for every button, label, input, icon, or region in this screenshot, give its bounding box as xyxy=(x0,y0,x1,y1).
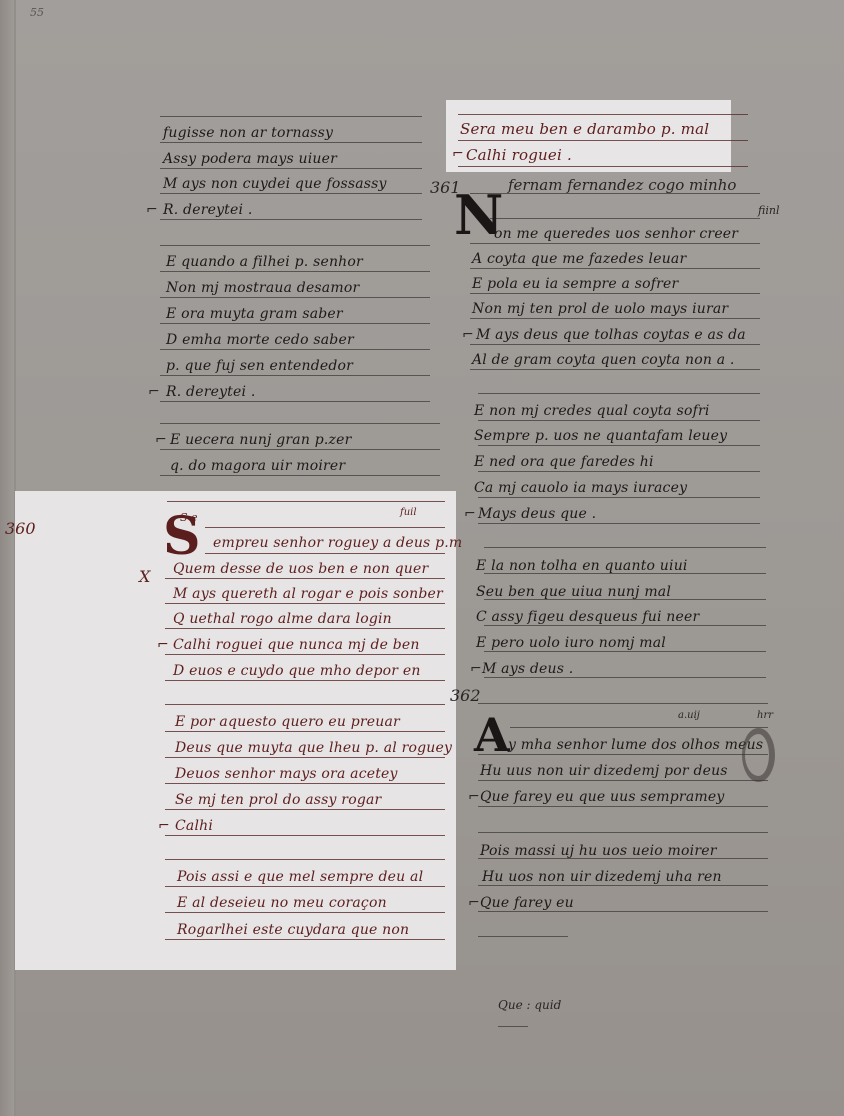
verse-line: E pero uolo iuro nomj mal xyxy=(476,635,666,651)
verse-line: Deus que muyta que lheu p. al roguey xyxy=(175,740,452,756)
verse-line: Ca mj cauolo ia mays iuracey xyxy=(474,480,687,496)
verse-line: Pois assi e que mel sempre deu al xyxy=(177,869,423,885)
verse-line: y mha senhor lume dos olhos meus xyxy=(508,737,763,753)
verse-line: fugisse non ar tornassy xyxy=(163,125,333,141)
small-note: a.uij xyxy=(678,710,700,721)
verse-line: Se mj ten prol do assy rogar xyxy=(175,792,381,808)
verse-line: Quem desse de uos ben e non quer xyxy=(173,561,428,577)
top-right-note: fuil xyxy=(400,507,417,518)
initial-s: S xyxy=(163,511,201,563)
poem-number-362: 362 xyxy=(450,686,481,705)
verse-line: Non mj ten prol de uolo mays iurar xyxy=(472,301,728,317)
verse-line: E al deseieu no meu coraçon xyxy=(177,895,387,911)
verse-line: E non mj credes qual coyta sofri xyxy=(474,403,710,419)
verse-line: p. que fuj sen entendedor xyxy=(166,358,353,374)
verse-line-refrain: R. dereytei . xyxy=(163,202,252,218)
verse-line: Assy podera mays uiuer xyxy=(163,151,337,167)
author-attribution: fernam fernandez cogo minho xyxy=(508,176,736,194)
verse-line: q. do magora uir moirer xyxy=(170,458,345,474)
verse-line: Rogarlhei este cuydara que non xyxy=(177,922,409,938)
verse-line-refrain: M ays deus . xyxy=(482,661,573,677)
verse-line: E por aquesto quero eu preuar xyxy=(175,714,400,730)
verse-line-refrain: Que farey eu que uus sempramey xyxy=(480,789,724,805)
verse-line: E la non tolha en quanto uiui xyxy=(476,558,688,574)
verse-line-refrain: M ays deus que tolhas coytas e as da xyxy=(476,327,746,343)
verse-line: D emha morte cedo saber xyxy=(166,332,354,348)
verse-line: D euos e cuydo que mho depor en xyxy=(173,663,421,679)
verse-line: Pois massi uj hu uos ueio moirer xyxy=(480,843,717,859)
manuscript-page: 55 360 S e fuil S X empreu senhor roguey… xyxy=(0,0,844,1116)
verse-line: empreu senhor roguey a deus p.m xyxy=(213,535,462,551)
verse-line: Sera meu ben e darambo p. mal xyxy=(460,120,709,138)
margin-x-mark: X xyxy=(139,567,150,586)
verse-line: E uecera nunj gran p.zer xyxy=(170,432,351,448)
verse-line: E quando a filhei p. senhor xyxy=(166,254,363,270)
poem-number-360: 360 xyxy=(5,519,36,538)
verse-line: E ned ora que faredes hi xyxy=(474,454,654,470)
ink-stain xyxy=(742,728,775,782)
highlight-region-b: Sera meu ben e darambo p. mal ⌐ Calhi ro… xyxy=(446,100,731,172)
verse-line: E pola eu ia sempre a sofrer xyxy=(472,276,678,292)
verse-line-refrain: Calhi roguei que nunca mj de ben xyxy=(173,637,420,653)
verse-line: M ays non cuydei que fossassy xyxy=(163,176,387,192)
verse-line: C assy figeu desqueus fui neer xyxy=(476,609,699,625)
verse-line: Al de gram coyta quen coyta non a . xyxy=(472,352,735,368)
margin-note: fiinl xyxy=(758,204,779,217)
verse-line: Q uethal rogo alme dara login xyxy=(173,611,392,627)
highlight-region-a: 360 S e fuil S X empreu senhor roguey a … xyxy=(15,491,456,970)
verse-line-refrain: Calhi roguei . xyxy=(466,146,572,164)
verse-line: Deuos senhor mays ora acetey xyxy=(175,766,398,782)
folio-mark: 55 xyxy=(30,6,44,19)
verse-line: Hu uus non uir dizedemj por deus xyxy=(480,763,728,779)
verse-line: Hu uos non uir dizedemj uha ren xyxy=(482,869,722,885)
verse-line: M ays quereth al rogar e pois sonber xyxy=(173,586,443,602)
verse-line: Non mj mostraua desamor xyxy=(166,280,359,296)
verse-line-refrain: R. dereytei . xyxy=(166,384,255,400)
verse-line: E ora muyta gram saber xyxy=(166,306,343,322)
verse-line: on me queredes uos senhor creer xyxy=(494,226,738,242)
verse-line-refrain: Mays deus que . xyxy=(478,506,596,522)
verse-line-refrain: Calhi xyxy=(175,818,213,834)
bottom-gloss-note: Que : quid xyxy=(498,998,561,1012)
verse-line: Sempre p. uos ne quantafam leuey xyxy=(474,428,727,444)
small-note-2: hrr xyxy=(757,710,773,721)
verse-line: Seu ben que uiua nunj mal xyxy=(476,584,671,600)
verse-line-refrain: Que farey eu xyxy=(480,895,574,911)
verse-line: A coyta que me fazedes leuar xyxy=(472,251,686,267)
initial-a: A xyxy=(474,712,510,758)
